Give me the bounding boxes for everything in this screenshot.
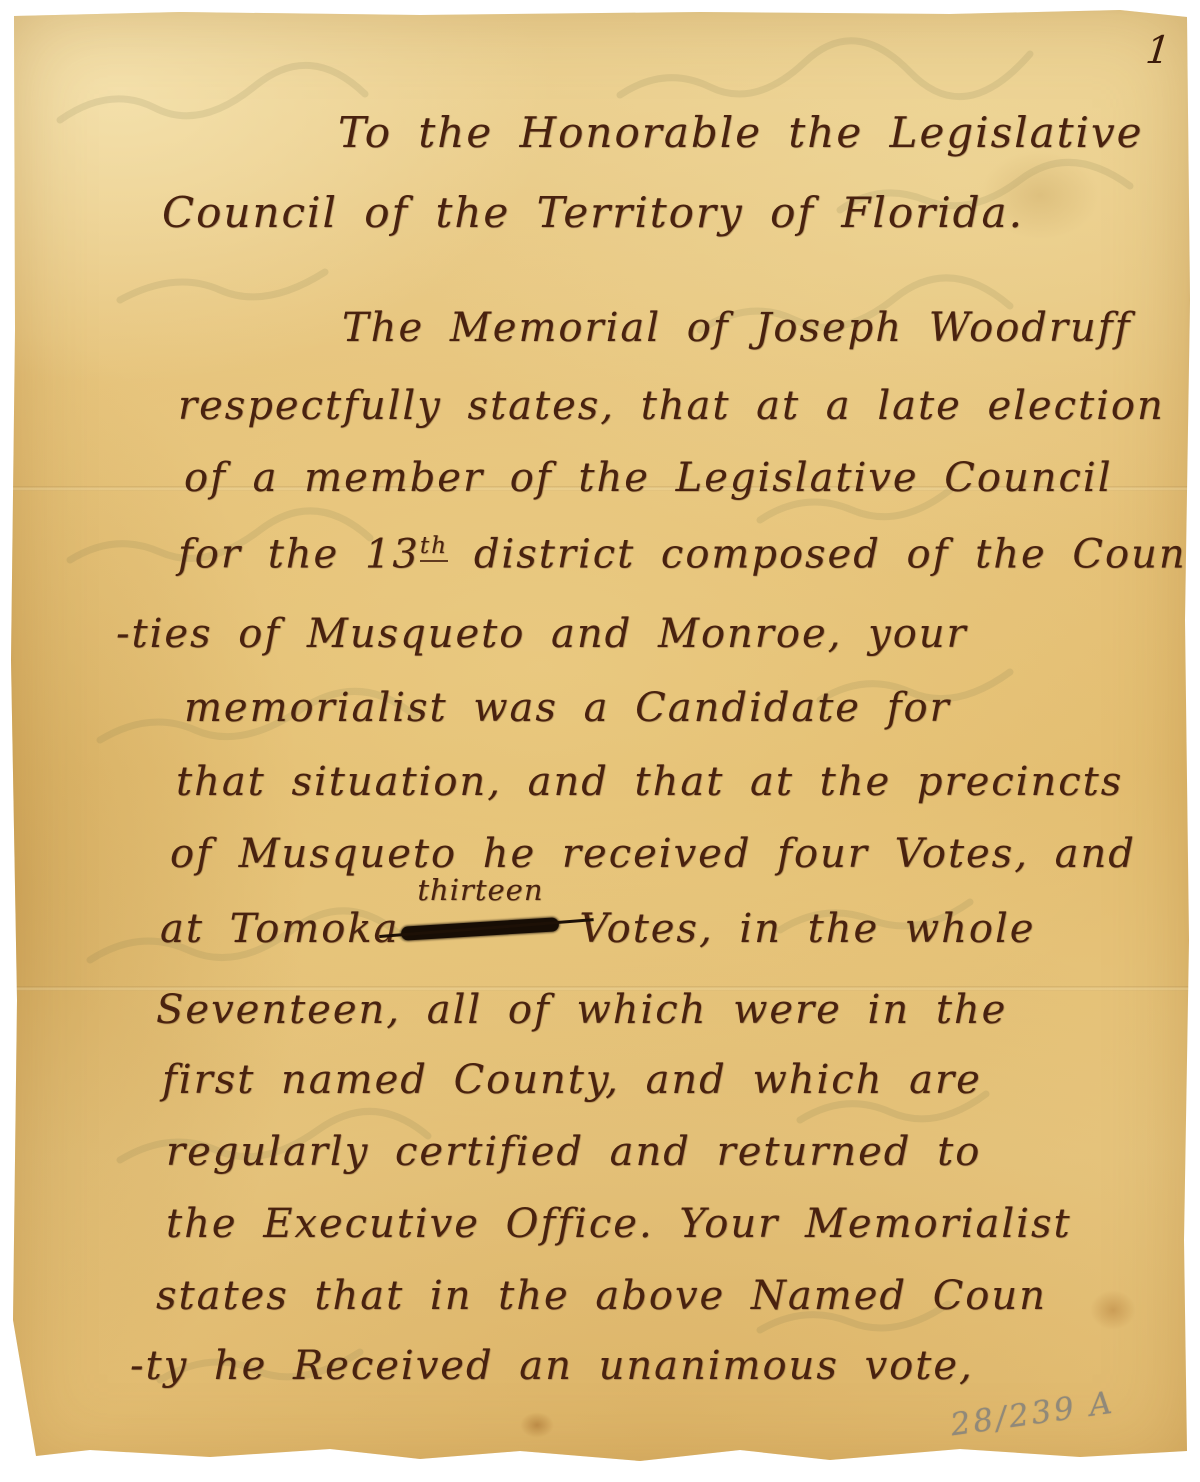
inserted-word: thirteen: [417, 876, 543, 905]
heading-line-1: To the Honorable the Legislative: [338, 112, 1144, 154]
body-line: states that in the above Named Coun: [156, 1276, 1047, 1316]
body-line: -ties of Musqueto and Monroe, your: [116, 614, 968, 654]
body-line: the Executive Office. Your Memorialist: [166, 1204, 1072, 1244]
struck-out-word: [401, 917, 560, 941]
body-line: regularly certified and returned to: [166, 1132, 981, 1172]
ordinal-superscript: th: [420, 532, 448, 562]
body-line: respectfully states, that at a late elec…: [178, 386, 1165, 426]
heading-line-2: Council of the Territory of Florida.: [162, 192, 1024, 234]
body-line: of Musqueto he received four Votes, and: [170, 834, 1136, 874]
body-line: memorialist was a Candidate for: [184, 688, 951, 728]
ink-stain: [1090, 1290, 1136, 1330]
body-text: for the 13: [178, 531, 420, 577]
body-line: -ty he Received an unanimous vote,: [130, 1346, 974, 1386]
archival-catalog-note: 28/239 A: [948, 1385, 1117, 1444]
body-line: first named County, and which are: [162, 1060, 982, 1100]
body-line-with-correction: at TomokathirteenVotes, in the whole: [160, 906, 1035, 949]
body-text: district composed of the Coun: [448, 531, 1186, 577]
page-number: 1: [1144, 28, 1173, 72]
correction-group: thirteen: [399, 906, 579, 948]
body-line: The Memorial of Joseph Woodruff: [342, 308, 1131, 348]
body-line: that situation, and that at the precinct…: [176, 762, 1123, 802]
manuscript-page: 1 To the Honorable the Legislative Counc…: [0, 0, 1200, 1482]
body-text: at Tomoka: [160, 906, 399, 952]
body-line: of a member of the Legislative Council: [184, 458, 1112, 498]
document-scan: 1 To the Honorable the Legislative Counc…: [0, 0, 1200, 1482]
body-text: Votes, in the whole: [579, 906, 1035, 952]
body-line-with-superscript: for the 13th district composed of the Co…: [178, 534, 1187, 574]
body-line: Seventeen, all of which were in the: [156, 990, 1007, 1030]
ink-stain: [520, 1412, 554, 1438]
